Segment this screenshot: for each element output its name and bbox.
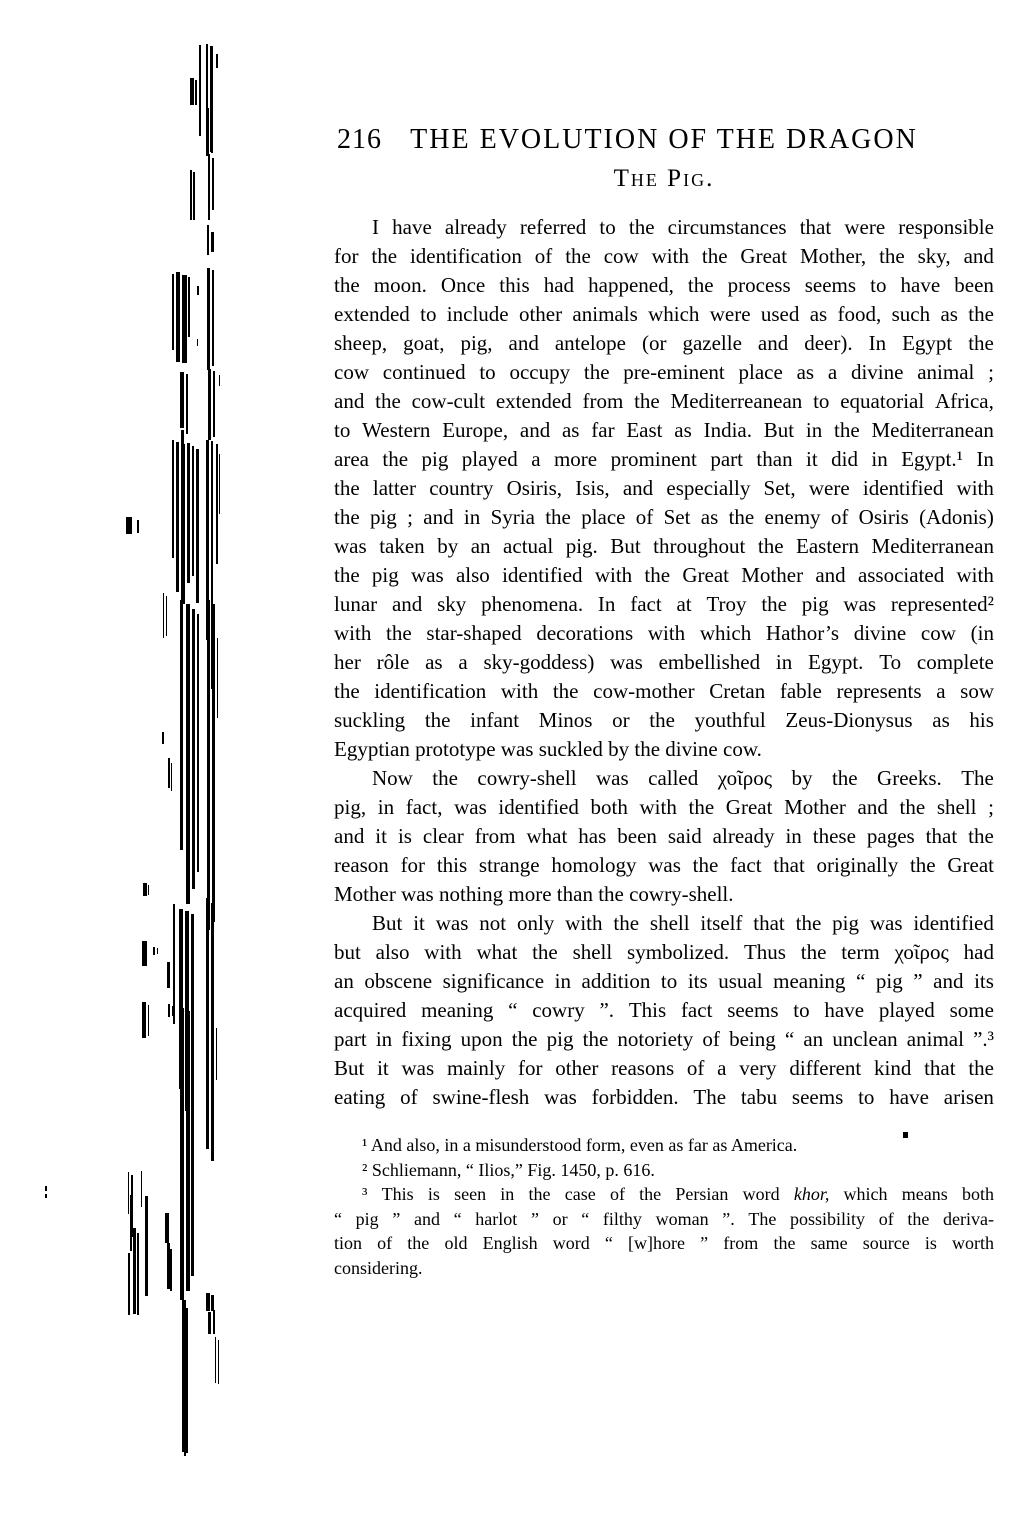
word: Egypt.	[808, 648, 863, 677]
word: its	[688, 967, 708, 996]
text-line: Butitwasnotonlywiththeshellitselfthatthe…	[334, 909, 994, 938]
word: as	[674, 416, 692, 445]
word: than	[756, 445, 792, 474]
word: the	[900, 793, 926, 822]
word: as	[701, 503, 719, 532]
scan-streak	[45, 1186, 47, 1191]
scan-streak	[173, 989, 174, 996]
word: the	[629, 213, 655, 242]
word: been	[617, 822, 657, 851]
word: and	[964, 242, 994, 271]
scan-streak	[148, 885, 149, 895]
word: to	[599, 213, 615, 242]
word: and	[334, 822, 364, 851]
word: Greeks.	[877, 764, 942, 793]
word: but	[334, 938, 361, 967]
word: clear	[423, 822, 464, 851]
word: place	[581, 503, 625, 532]
word: had	[544, 271, 574, 300]
word: as	[940, 300, 958, 329]
scan-streak	[176, 272, 180, 362]
word: the	[375, 387, 401, 416]
word: [w]hore	[628, 1231, 685, 1256]
scan-streak	[199, 45, 201, 109]
word: identified	[863, 474, 943, 503]
word: homology	[551, 851, 636, 880]
scan-streak	[168, 758, 170, 788]
word: Mediterranean	[872, 532, 994, 561]
text-line: areathepigplayedamoreprominentpartthanit…	[334, 445, 994, 474]
scan-streak	[208, 369, 211, 440]
word: of	[535, 242, 553, 271]
word: and	[423, 503, 453, 532]
word: also	[376, 938, 410, 967]
word: English	[483, 1231, 538, 1256]
word: continued	[383, 358, 466, 387]
word: cow	[604, 242, 639, 271]
word: But	[610, 532, 640, 561]
text-line: extendedtoincludeotheranimalswhichwereus…	[334, 300, 994, 329]
word: mainly	[447, 1054, 505, 1083]
word: “	[454, 1207, 462, 1232]
word: possibility	[790, 1207, 865, 1232]
scan-streak	[167, 962, 170, 988]
scan-streak	[207, 108, 209, 154]
text-line: ¹ And also, in a misunderstood form, eve…	[334, 1133, 994, 1158]
word: it	[413, 909, 425, 938]
word: to	[420, 300, 436, 329]
word: pig	[356, 1207, 379, 1232]
word: the	[910, 851, 936, 880]
word: the	[532, 938, 558, 967]
word: case	[565, 1182, 596, 1207]
word: the	[545, 503, 571, 532]
word: these	[813, 822, 856, 851]
word: “	[856, 967, 865, 996]
word: fact	[630, 590, 661, 619]
word: a	[458, 648, 467, 677]
word: sky,	[918, 242, 951, 271]
word: to	[793, 996, 809, 1025]
text-line: anobscenesignificanceinadditiontoitsusua…	[334, 967, 994, 996]
word: in	[785, 822, 801, 851]
scan-streak	[190, 170, 192, 220]
word: to	[479, 358, 495, 387]
word: pig,	[334, 793, 366, 822]
word: cowry-shell	[477, 764, 576, 793]
word: (Adonis)	[919, 503, 994, 532]
text-line: acquiredmeaning“cowry”.Thisfactseemstoha…	[334, 996, 994, 1025]
text-line: Ihavealreadyreferredtothecircumstancesth…	[334, 213, 994, 242]
word: the	[512, 1025, 538, 1054]
word: moon.	[374, 271, 427, 300]
word: obscene	[364, 967, 432, 996]
word: animal	[907, 1025, 964, 1054]
scan-streak	[172, 1006, 173, 1016]
word: ;	[988, 358, 994, 387]
word: Set	[664, 503, 691, 532]
word: In	[869, 329, 887, 358]
word: the	[334, 474, 360, 503]
scan-streak	[45, 1194, 47, 1198]
text-line: herrôleasasky-goddess)wasembellishedinEg…	[334, 648, 994, 677]
word: animal	[917, 358, 974, 387]
word: both	[962, 1182, 994, 1207]
word: responsible	[898, 213, 994, 242]
word: the	[613, 909, 639, 938]
word: In	[976, 445, 994, 474]
scan-streak	[172, 274, 174, 350]
word: complete	[917, 648, 994, 677]
word: was	[870, 909, 903, 938]
word: pig	[832, 909, 859, 938]
word: the	[649, 706, 675, 735]
word: have	[392, 213, 432, 242]
word: with	[640, 793, 677, 822]
word: occupy	[509, 358, 570, 387]
word: was	[544, 1083, 577, 1112]
scan-streak	[207, 225, 209, 255]
word: area	[334, 445, 369, 474]
text-line: eatingofswine-fleshwasforbidden.Thetabus…	[334, 1083, 994, 1112]
word: cow	[334, 358, 369, 387]
word: with	[648, 619, 685, 648]
word: meaning	[421, 996, 493, 1025]
word: shell	[573, 938, 613, 967]
word: equatorial	[840, 387, 924, 416]
word: originally	[817, 851, 899, 880]
word: an	[334, 967, 354, 996]
word: ”.³	[973, 1025, 994, 1054]
word: The	[748, 1207, 776, 1232]
scan-streak	[211, 232, 214, 252]
word: infant	[470, 706, 519, 735]
word: pig	[370, 503, 397, 532]
word: word	[743, 1182, 780, 1207]
word: extended	[334, 300, 410, 329]
word: in	[871, 445, 887, 474]
word: reason	[334, 851, 389, 880]
word: latter	[373, 474, 416, 503]
word: Osiris,	[507, 474, 562, 503]
scan-streak	[217, 638, 218, 718]
scan-streak	[216, 1028, 217, 1080]
word: eating	[334, 1083, 385, 1112]
word: the	[334, 503, 360, 532]
scan-streak	[170, 1249, 172, 1291]
word: worth	[952, 1231, 994, 1256]
scan-streak	[190, 78, 194, 105]
word: In	[598, 590, 616, 619]
scan-streak	[187, 443, 190, 583]
word: the	[968, 329, 994, 358]
word: unclean	[832, 1025, 897, 1054]
word: a	[531, 445, 540, 474]
scan-streak	[192, 609, 195, 889]
word: Great	[947, 851, 994, 880]
word: from	[475, 822, 516, 851]
text-line: butalsowithwhattheshellsymbolized.Thusth…	[334, 938, 994, 967]
scan-streak	[153, 947, 155, 955]
scan-streak	[182, 275, 187, 363]
word: in	[806, 416, 822, 445]
word: the	[761, 590, 787, 619]
word: addition	[582, 967, 651, 996]
word: Egypt	[902, 329, 952, 358]
word: of	[377, 1231, 392, 1256]
word: Mediterreanean	[671, 387, 803, 416]
word: food,	[838, 300, 882, 329]
word: the	[968, 1054, 994, 1083]
word: Egypt.¹	[901, 445, 963, 474]
word: I	[372, 213, 379, 242]
word: lunar	[334, 590, 377, 619]
word: Persian	[675, 1182, 728, 1207]
word: decorations	[536, 619, 633, 648]
word: was	[454, 793, 487, 822]
word: called	[648, 764, 698, 793]
word: already	[713, 822, 775, 851]
word: process	[728, 271, 791, 300]
word: significance	[443, 967, 544, 996]
word: ”	[531, 1207, 539, 1232]
word: acquired	[334, 996, 406, 1025]
word: and	[815, 561, 845, 590]
word: itself	[700, 909, 742, 938]
word: and	[509, 329, 539, 358]
word: what	[526, 822, 567, 851]
scan-streak	[148, 1005, 149, 1036]
word: pig,	[460, 329, 492, 358]
word: pages	[867, 822, 915, 851]
word: cow-mother	[593, 677, 694, 706]
word: star-shaped	[426, 619, 521, 648]
word: actual	[503, 532, 553, 561]
word: for	[401, 851, 426, 880]
scan-streak	[191, 1014, 194, 1276]
word: an	[471, 532, 491, 561]
word: the	[879, 242, 905, 271]
word: strange	[479, 851, 540, 880]
scan-streak	[199, 106, 201, 136]
word: fact,	[406, 793, 443, 822]
word: with	[957, 561, 994, 590]
word: (or	[642, 329, 667, 358]
text-line: sheep,goat,pig,andantelope(orgazelleandd…	[334, 329, 994, 358]
word: as	[810, 300, 828, 329]
word: such	[892, 300, 931, 329]
text-line: toWesternEurope,andasfarEastasIndia.Buti…	[334, 416, 994, 445]
scan-streak	[137, 520, 139, 533]
word: Minos	[539, 706, 593, 735]
word: more	[554, 445, 597, 474]
word: pig.	[566, 532, 598, 561]
word: ;	[988, 793, 994, 822]
scan-streak	[195, 80, 197, 105]
word: was	[648, 851, 681, 880]
word: and	[392, 590, 422, 619]
word: cow	[921, 619, 956, 648]
running-title: THE EVOLUTION OF THE DRAGON	[334, 124, 994, 156]
text-line: considering.	[334, 1256, 994, 1281]
word: East	[626, 416, 662, 445]
section-title: The Pig.	[334, 165, 994, 193]
text-line: lunarandskyphenomena.InfactatTroythepigw…	[334, 590, 994, 619]
word: to	[661, 967, 677, 996]
word: was	[610, 648, 643, 677]
text-line: theidentificationwiththecow-motherCretan…	[334, 677, 994, 706]
word: an	[803, 1025, 823, 1054]
word: for	[334, 242, 359, 271]
text-line: wastakenbyanactualpig.ButthroughouttheEa…	[334, 532, 994, 561]
scan-streak	[219, 454, 220, 514]
word: fixing	[401, 1025, 451, 1054]
word: But	[372, 909, 402, 938]
word: ;	[407, 503, 413, 532]
scan-streak	[211, 110, 213, 153]
word: Zeus-Dionysus	[785, 706, 912, 735]
word: or	[553, 1207, 568, 1232]
word: the	[334, 271, 360, 300]
word: rôle	[377, 648, 410, 677]
scanned-book-page: 216 THE EVOLUTION OF THE DRAGON The Pig.…	[0, 0, 1022, 1516]
word: include	[447, 300, 509, 329]
word: This	[382, 1182, 414, 1207]
word: this	[437, 851, 467, 880]
word: was	[411, 561, 444, 590]
word: the	[432, 764, 458, 793]
word: from	[582, 387, 623, 416]
scan-streak	[130, 1195, 132, 1251]
word: fable	[780, 677, 822, 706]
word: as	[797, 358, 815, 387]
word: swine-flesh	[433, 1083, 530, 1112]
word: different	[789, 1054, 861, 1083]
word: term	[841, 938, 879, 967]
word: This	[629, 996, 666, 1025]
word: as	[562, 416, 580, 445]
text-line: thepig;andinSyriatheplaceofSetastheenemy…	[334, 503, 994, 532]
word: Thus	[744, 938, 786, 967]
word: the	[796, 909, 822, 938]
word: is	[925, 1231, 937, 1256]
word: in	[555, 967, 571, 996]
word: with	[334, 619, 371, 648]
word: the	[425, 706, 451, 735]
word: had	[964, 938, 994, 967]
word: was	[843, 590, 876, 619]
word: the	[801, 938, 827, 967]
word: also	[456, 561, 490, 590]
word: identification	[374, 677, 486, 706]
word: filthy	[603, 1207, 642, 1232]
scan-streak	[213, 371, 215, 437]
scan-streak	[212, 604, 215, 922]
word: ”	[392, 1207, 400, 1232]
word: the	[702, 242, 728, 271]
word: antelope	[555, 329, 626, 358]
word: the	[371, 242, 397, 271]
scan-streak	[143, 883, 147, 896]
word: represents	[836, 677, 921, 706]
word: khor,	[794, 1182, 830, 1207]
text-line: ² Schliemann, “ Ilios,” Fig. 1450, p. 61…	[334, 1158, 994, 1183]
scan-streak	[216, 54, 218, 68]
word: Once	[441, 271, 485, 300]
word: for	[518, 1054, 543, 1083]
scan-streak	[142, 941, 147, 966]
word: the	[689, 793, 715, 822]
word: and	[623, 474, 653, 503]
word: “	[785, 1025, 794, 1054]
word: said	[668, 822, 702, 851]
word: fact	[681, 996, 712, 1025]
word: has	[578, 822, 606, 851]
word: pig	[372, 561, 399, 590]
word: divine	[851, 358, 904, 387]
word: the	[565, 242, 591, 271]
text-line: Nowthecowry-shellwascalledχοῖροςbytheGre…	[334, 764, 994, 793]
scan-streak	[197, 614, 199, 872]
word: in	[376, 1025, 392, 1054]
word: pig	[802, 590, 829, 619]
word: what	[476, 938, 517, 967]
scan-streak	[166, 596, 167, 636]
word: sky-goddess)	[484, 648, 595, 677]
word: were	[710, 300, 751, 329]
text-line: reasonforthisstrangehomologywasthefactth…	[334, 851, 994, 880]
word: that	[800, 213, 832, 242]
word: seems	[727, 996, 778, 1025]
word: the	[832, 764, 858, 793]
word: But	[334, 1054, 364, 1083]
scan-streak	[180, 372, 184, 428]
word: of	[831, 503, 849, 532]
scan-streak	[212, 158, 214, 210]
word: as	[425, 648, 443, 677]
text-line: tionoftheoldEnglishword“[w]hore”fromthes…	[334, 1231, 994, 1256]
scan-streak	[211, 1295, 214, 1311]
word: the	[583, 1025, 609, 1054]
word: of	[879, 1207, 894, 1232]
word: ”.	[599, 996, 614, 1025]
word: Mother,	[800, 242, 866, 271]
scan-streak	[186, 374, 188, 434]
word: phenomena.	[481, 590, 583, 619]
word: the	[334, 677, 360, 706]
word: that	[924, 1054, 956, 1083]
word: “	[334, 1207, 342, 1232]
word: or	[612, 706, 630, 735]
word: the	[693, 851, 719, 880]
scan-streak	[133, 1228, 136, 1314]
word: Now	[372, 764, 413, 793]
word: the	[386, 619, 412, 648]
word: in	[776, 648, 792, 677]
word: it	[806, 445, 818, 474]
text-line: Butitwasmainlyforotherreasonsofaverydiff…	[334, 1054, 994, 1083]
scan-streak	[218, 1340, 219, 1384]
word: arisen	[944, 1083, 994, 1112]
word: of	[687, 1054, 705, 1083]
scan-streak	[137, 1233, 139, 1315]
word: Isis,	[575, 474, 609, 503]
text-line: andthecow-cultextendedfromtheMediterrean…	[334, 387, 994, 416]
scan-streak	[141, 1171, 142, 1207]
word: tabu	[741, 1083, 777, 1112]
word: was	[596, 764, 629, 793]
word: Hathor’s	[766, 619, 839, 648]
